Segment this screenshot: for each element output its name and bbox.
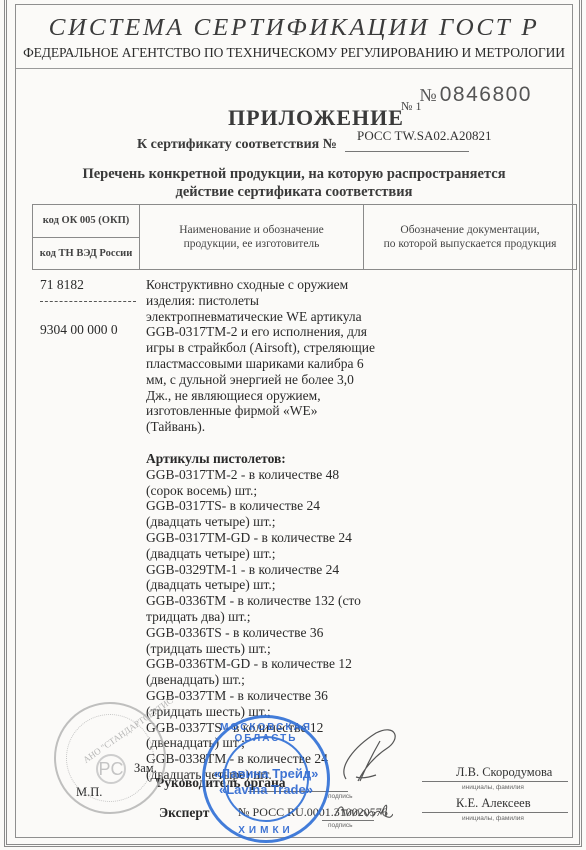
head-name-caption: инициалы, фамилия [462, 784, 524, 791]
expert-label: Эксперт [159, 805, 209, 821]
table-header: код ОК 005 (ОКП) код ТН ВЭД России Наиме… [32, 204, 577, 270]
to-certificate-label: К сертификату соответствия № [137, 137, 337, 153]
list-title-line2: действие сертификата соответствия [16, 183, 572, 201]
article-item: GGB-0329TM-1 - в количестве 24 [146, 562, 378, 578]
article-item-qty: (сорок восемь) шт.; [146, 483, 378, 499]
code-separator [40, 301, 136, 302]
article-item: GGB-0317TM-2 - в количестве 48 [146, 467, 378, 483]
description-line: GGB-0317TM-2 и его исполнения, для [146, 324, 378, 340]
pc-logo-icon: PC [96, 754, 126, 784]
tnved-code: 9304 00 000 0 [40, 322, 118, 338]
expert-signature [333, 798, 393, 820]
product-name-header-line1: Наименование и обозначение [179, 223, 324, 237]
article-item: GGB-0317TM-GD - в количестве 24 [146, 530, 378, 546]
okp-code-header: код ОК 005 (ОКП) [33, 205, 139, 238]
expert-name-caption: инициалы, фамилия [462, 815, 524, 822]
head-name: Л.В. Скородумова [456, 765, 552, 780]
article-item-qty: (двенадцать) шт.; [146, 672, 378, 688]
blue-stamp-name-ru: «Лавина Трейд» [205, 766, 327, 781]
tnved-code-header: код ТН ВЭД России [33, 238, 139, 270]
documentation-header-line1: Обозначение документации, [384, 223, 557, 237]
article-item: GGB-0317TS- в количестве 24 [146, 498, 378, 514]
form-number: №0846800 [420, 83, 532, 107]
description-line: (Тайвань). [146, 419, 378, 435]
articles-title: Артикулы пистолетов: [146, 451, 378, 467]
description-line: мм, с дульной энергией не более 3,0 [146, 372, 378, 388]
description-line: игры в страйкбол (Airsoft), стреляющие [146, 340, 378, 356]
code-column-header: код ОК 005 (ОКП) код ТН ВЭД России [33, 205, 140, 269]
head-name-line [422, 781, 568, 782]
product-description: Конструктивно сходные с оружием изделия:… [146, 277, 378, 783]
blue-stamp-region: МОСКОВСКАЯ ОБЛАСТЬ [205, 722, 327, 744]
product-name-header-line2: продукции, ее изготовитель [179, 237, 324, 251]
description-line: Конструктивно сходные с оружием [146, 277, 378, 293]
documentation-header: Обозначение документации, по которой вып… [364, 205, 576, 269]
article-item-qty: (двадцать четыре) шт.; [146, 546, 378, 562]
article-item-qty: (двадцать четыре) шт.; [146, 577, 378, 593]
product-list-title: Перечень конкретной продукции, на котору… [16, 165, 572, 201]
certificate-number: РОСС TW.SA02.A20821 [357, 128, 492, 144]
article-item-qty: (тридцать шесть) шт.; [146, 641, 378, 657]
appendix-number: № 1 [401, 99, 421, 114]
description-line: изготовленные фирмой «WE» [146, 403, 378, 419]
okp-code: 71 8182 [40, 277, 84, 293]
article-item: GGB-0336TS - в количестве 36 [146, 625, 378, 641]
lavina-trade-stamp: МОСКОВСКАЯ ОБЛАСТЬ «Лавина Трейд» «Lavin… [202, 715, 330, 843]
expert-name: К.Е. Алексеев [456, 796, 531, 811]
list-title-line1: Перечень конкретной продукции, на котору… [16, 165, 572, 183]
number-sign: № [420, 85, 437, 105]
article-item: GGB-0337TM - в количестве 36 [146, 688, 378, 704]
expert-signature-line [322, 820, 374, 821]
blue-stamp-city: ХИМКИ [205, 825, 327, 836]
certificate-number-underline [345, 151, 469, 152]
product-name-header: Наименование и обозначение продукции, ее… [140, 205, 364, 269]
blue-stamp-name-en: «Lavina Trade» [205, 782, 327, 797]
description-line: электропневматические WE артикула [146, 309, 378, 325]
description-line: изделия: пистолеты [146, 293, 378, 309]
description-line: пластмассовыми шариками калибра 6 [146, 356, 378, 372]
article-item: GGB-0336TM - в количестве 132 (сто [146, 593, 378, 609]
agency-name: ФЕДЕРАЛЬНОЕ АГЕНТСТВО ПО ТЕХНИЧЕСКОМУ РЕ… [16, 45, 572, 69]
article-item-qty: (двадцать четыре) шт.; [146, 514, 378, 530]
expert-name-line [422, 812, 568, 813]
certificate-page: СИСТЕМА СЕРТИФИКАЦИИ ГОСТ Р ФЕДЕРАЛЬНОЕ … [4, 0, 582, 847]
article-item: GGB-0336TM-GD - в количестве 12 [146, 656, 378, 672]
expert-signature-caption: подпись [328, 822, 353, 829]
description-line: Дж., не являющиеся оружием, [146, 388, 378, 404]
form-number-value: 0846800 [440, 83, 532, 106]
certificate-frame: СИСТЕМА СЕРТИФИКАЦИИ ГОСТ Р ФЕДЕРАЛЬНОЕ … [15, 4, 573, 838]
article-item-qty: тридцать два) шт.; [146, 609, 378, 625]
documentation-header-line2: по которой выпускается продукция [384, 237, 557, 251]
head-signature [336, 727, 406, 785]
system-title: СИСТЕМА СЕРТИФИКАЦИИ ГОСТ Р [2, 15, 586, 42]
standartsertis-stamp: АНО "СТАНДАРТСЕРТИС" PC [54, 702, 166, 814]
